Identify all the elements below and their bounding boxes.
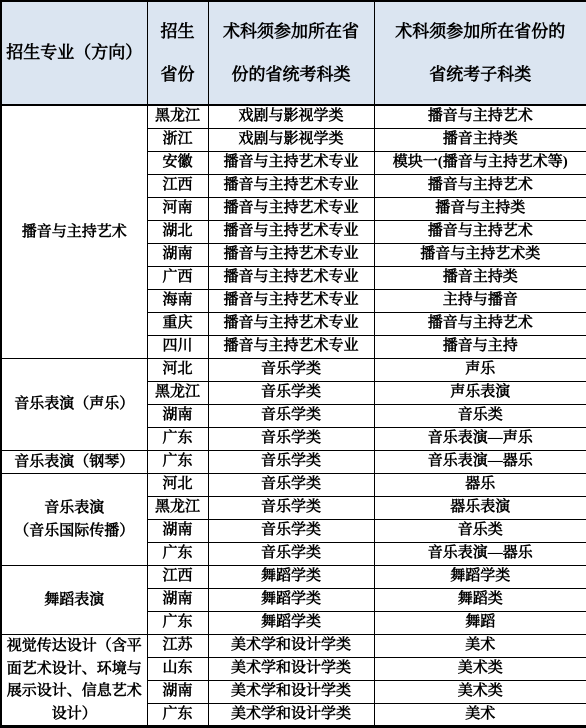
exam-subcategory-cell: 器乐 [374, 474, 586, 497]
province-cell: 广东 [147, 704, 208, 727]
exam-subcategory-cell: 美术 [374, 635, 586, 658]
province-cell: 河北 [147, 358, 208, 381]
exam-subcategory-cell: 美术类 [374, 658, 586, 681]
exam-category-cell: 美术学和设计学类 [208, 658, 374, 681]
exam-category-cell: 舞蹈学类 [208, 612, 374, 635]
exam-subcategory-cell: 主持与播音 [374, 289, 586, 312]
major-cell: 视觉传达设计（含平 面艺术设计、环境与 展示设计、信息艺术 设计） [1, 635, 147, 727]
province-cell: 湖南 [147, 681, 208, 704]
exam-subcategory-cell: 音乐表演—器乐 [374, 543, 586, 566]
province-cell: 黑龙江 [147, 381, 208, 404]
exam-subcategory-cell: 音乐表演—声乐 [374, 427, 586, 450]
province-cell: 广东 [147, 450, 208, 474]
major-cell: 音乐表演 （音乐国际传播） [1, 474, 147, 566]
exam-category-cell: 舞蹈学类 [208, 566, 374, 589]
table-row: 音乐表演（声乐）河北音乐学类声乐 [1, 358, 586, 381]
province-cell: 河北 [147, 474, 208, 497]
table-body: 播音与主持艺术黑龙江戏剧与影视学类播音与主持艺术浙江戏剧与影视学类播音主持类安徽… [1, 105, 586, 727]
province-cell: 广东 [147, 427, 208, 450]
col-header-exam-subcategory: 术科须参加所在省份的 省统考子科类 [374, 1, 586, 105]
exam-subcategory-cell: 模块一(播音与主持艺术等) [374, 151, 586, 174]
exam-subcategory-cell: 声乐 [374, 358, 586, 381]
exam-subcategory-cell: 播音与主持艺术 [374, 174, 586, 197]
exam-category-cell: 音乐学类 [208, 450, 374, 474]
table-row: 音乐表演 （音乐国际传播）河北音乐学类器乐 [1, 474, 586, 497]
exam-subcategory-cell: 播音主持类 [374, 128, 586, 151]
exam-category-cell: 播音与主持艺术专业 [208, 220, 374, 243]
province-cell: 安徽 [147, 151, 208, 174]
exam-subcategory-cell: 播音与主持艺术类 [374, 243, 586, 266]
exam-subcategory-cell: 播音与主持艺术 [374, 105, 586, 128]
exam-category-cell: 播音与主持艺术专业 [208, 266, 374, 289]
header-row: 招生专业（方向） 招生 省份 术科须参加所在省 份的省统考科类 术科须参加所在省… [1, 1, 586, 105]
table-row: 视觉传达设计（含平 面艺术设计、环境与 展示设计、信息艺术 设计）江苏美术学和设… [1, 635, 586, 658]
exam-category-cell: 音乐学类 [208, 381, 374, 404]
exam-category-cell: 播音与主持艺术专业 [208, 174, 374, 197]
exam-subcategory-cell: 舞蹈 [374, 612, 586, 635]
province-cell: 湖南 [147, 520, 208, 543]
province-cell: 广东 [147, 543, 208, 566]
exam-category-cell: 戏剧与影视学类 [208, 128, 374, 151]
exam-category-cell: 音乐学类 [208, 358, 374, 381]
province-cell: 江西 [147, 174, 208, 197]
table-row: 音乐表演（钢琴）广东音乐学类音乐表演—器乐 [1, 450, 586, 474]
table-row: 舞蹈表演江西舞蹈学类舞蹈学类 [1, 566, 586, 589]
exam-subcategory-cell: 播音主持类 [374, 266, 586, 289]
table-header: 招生专业（方向） 招生 省份 术科须参加所在省 份的省统考科类 术科须参加所在省… [1, 1, 586, 105]
major-cell: 音乐表演（钢琴） [1, 450, 147, 474]
exam-category-cell: 音乐学类 [208, 404, 374, 427]
major-cell: 音乐表演（声乐） [1, 358, 147, 450]
exam-category-cell: 播音与主持艺术专业 [208, 197, 374, 220]
exam-category-cell: 美术学和设计学类 [208, 635, 374, 658]
exam-category-cell: 美术学和设计学类 [208, 681, 374, 704]
province-cell: 黑龙江 [147, 497, 208, 520]
col-header-exam-category: 术科须参加所在省 份的省统考科类 [208, 1, 374, 105]
exam-subcategory-cell: 舞蹈学类 [374, 566, 586, 589]
province-cell: 四川 [147, 335, 208, 358]
exam-category-cell: 音乐学类 [208, 474, 374, 497]
province-cell: 湖南 [147, 404, 208, 427]
province-cell: 海南 [147, 289, 208, 312]
exam-subcategory-cell: 器乐表演 [374, 497, 586, 520]
exam-subcategory-cell: 美术类 [374, 681, 586, 704]
major-cell: 播音与主持艺术 [1, 105, 147, 358]
exam-category-cell: 音乐学类 [208, 497, 374, 520]
province-cell: 湖南 [147, 589, 208, 612]
province-cell: 湖北 [147, 220, 208, 243]
exam-subcategory-cell: 播音与主持艺术 [374, 312, 586, 335]
exam-category-cell: 播音与主持艺术专业 [208, 335, 374, 358]
exam-category-cell: 音乐学类 [208, 427, 374, 450]
exam-category-cell: 播音与主持艺术专业 [208, 151, 374, 174]
exam-category-cell: 播音与主持艺术专业 [208, 289, 374, 312]
col-header-province: 招生 省份 [147, 1, 208, 105]
col-header-major: 招生专业（方向） [1, 1, 147, 105]
exam-category-cell: 播音与主持艺术专业 [208, 312, 374, 335]
major-cell: 舞蹈表演 [1, 566, 147, 635]
province-cell: 江苏 [147, 635, 208, 658]
province-cell: 黑龙江 [147, 105, 208, 128]
province-cell: 江西 [147, 566, 208, 589]
province-cell: 河南 [147, 197, 208, 220]
exam-subcategory-cell: 播音与主持类 [374, 197, 586, 220]
province-cell: 广东 [147, 612, 208, 635]
province-cell: 浙江 [147, 128, 208, 151]
exam-subcategory-cell: 美术 [374, 704, 586, 727]
exam-subcategory-cell: 舞蹈类 [374, 589, 586, 612]
province-cell: 重庆 [147, 312, 208, 335]
exam-subcategory-cell: 音乐类 [374, 404, 586, 427]
province-cell: 广西 [147, 266, 208, 289]
exam-category-cell: 美术学和设计学类 [208, 704, 374, 727]
exam-category-cell: 音乐学类 [208, 520, 374, 543]
table-row: 播音与主持艺术黑龙江戏剧与影视学类播音与主持艺术 [1, 105, 586, 128]
exam-subcategory-cell: 声乐表演 [374, 381, 586, 404]
exam-subcategory-cell: 音乐表演—器乐 [374, 450, 586, 474]
exam-category-cell: 舞蹈学类 [208, 589, 374, 612]
exam-category-cell: 音乐学类 [208, 543, 374, 566]
exam-subcategory-cell: 播音与主持 [374, 335, 586, 358]
province-cell: 湖南 [147, 243, 208, 266]
province-cell: 山东 [147, 658, 208, 681]
admission-exam-table: 招生专业（方向） 招生 省份 术科须参加所在省 份的省统考科类 术科须参加所在省… [0, 0, 586, 728]
exam-subcategory-cell: 音乐类 [374, 520, 586, 543]
exam-subcategory-cell: 播音与主持艺术 [374, 220, 586, 243]
exam-category-cell: 播音与主持艺术专业 [208, 243, 374, 266]
exam-category-cell: 戏剧与影视学类 [208, 105, 374, 128]
